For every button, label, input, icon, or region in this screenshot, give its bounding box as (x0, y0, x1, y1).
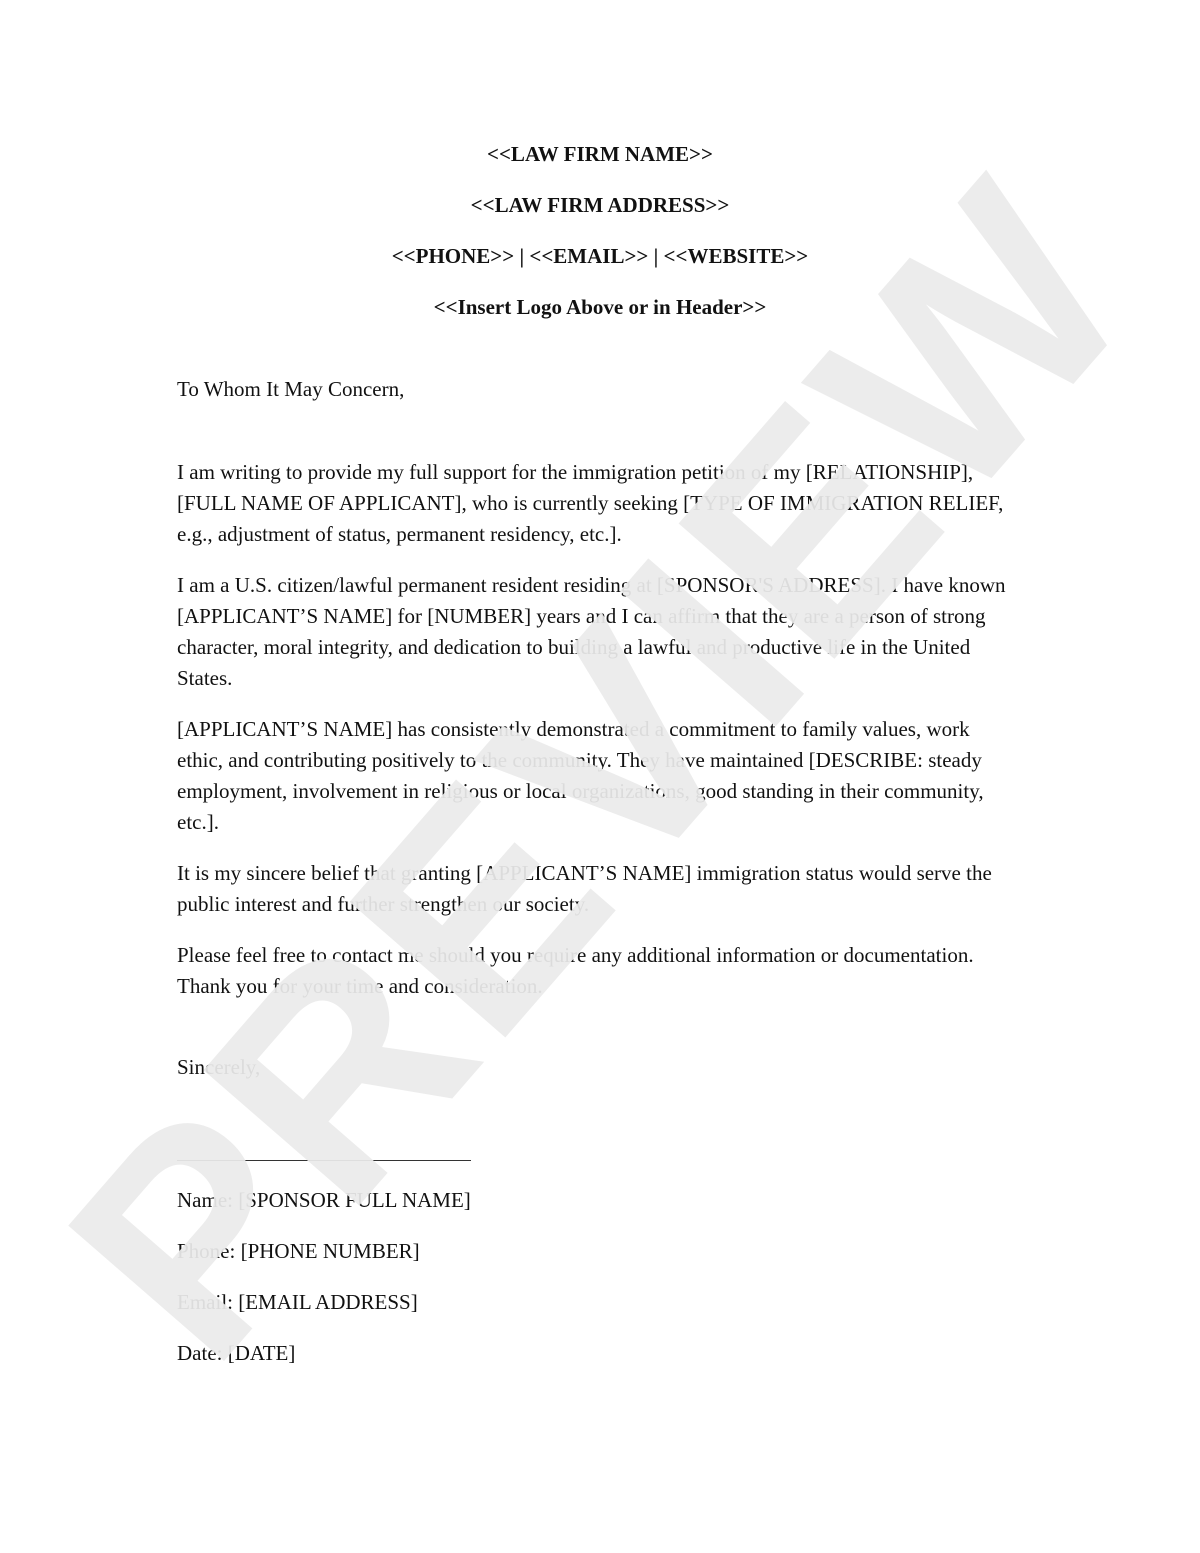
signature-name: Name: [SPONSOR FULL NAME] (177, 1185, 1017, 1216)
paragraph-support: I am writing to provide my full support … (177, 457, 1017, 550)
closing: Sincerely, (177, 1052, 1017, 1083)
firm-name: <<LAW FIRM NAME>> (0, 142, 1200, 167)
paragraph-contact: Please feel free to contact me should yo… (177, 940, 1017, 1002)
salutation: To Whom It May Concern, (177, 374, 1017, 405)
firm-contact-line: <<PHONE>> | <<EMAIL>> | <<WEBSITE>> (0, 244, 1200, 269)
document-page: <<LAW FIRM NAME>> <<LAW FIRM ADDRESS>> <… (0, 0, 1200, 1553)
paragraph-sponsor-status: I am a U.S. citizen/lawful permanent res… (177, 570, 1017, 694)
signature-email: Email: [EMAIL ADDRESS] (177, 1287, 1017, 1318)
logo-placeholder-note: <<Insert Logo Above or in Header>> (0, 295, 1200, 320)
paragraph-applicant-character: [APPLICANT’S NAME] has consistently demo… (177, 714, 1017, 838)
signature-date: Date: [DATE] (177, 1338, 1017, 1369)
firm-address: <<LAW FIRM ADDRESS>> (0, 193, 1200, 218)
paragraph-public-interest: It is my sincere belief that granting [A… (177, 858, 1017, 920)
signature-line (177, 1160, 471, 1161)
signature-phone: Phone: [PHONE NUMBER] (177, 1236, 1017, 1267)
